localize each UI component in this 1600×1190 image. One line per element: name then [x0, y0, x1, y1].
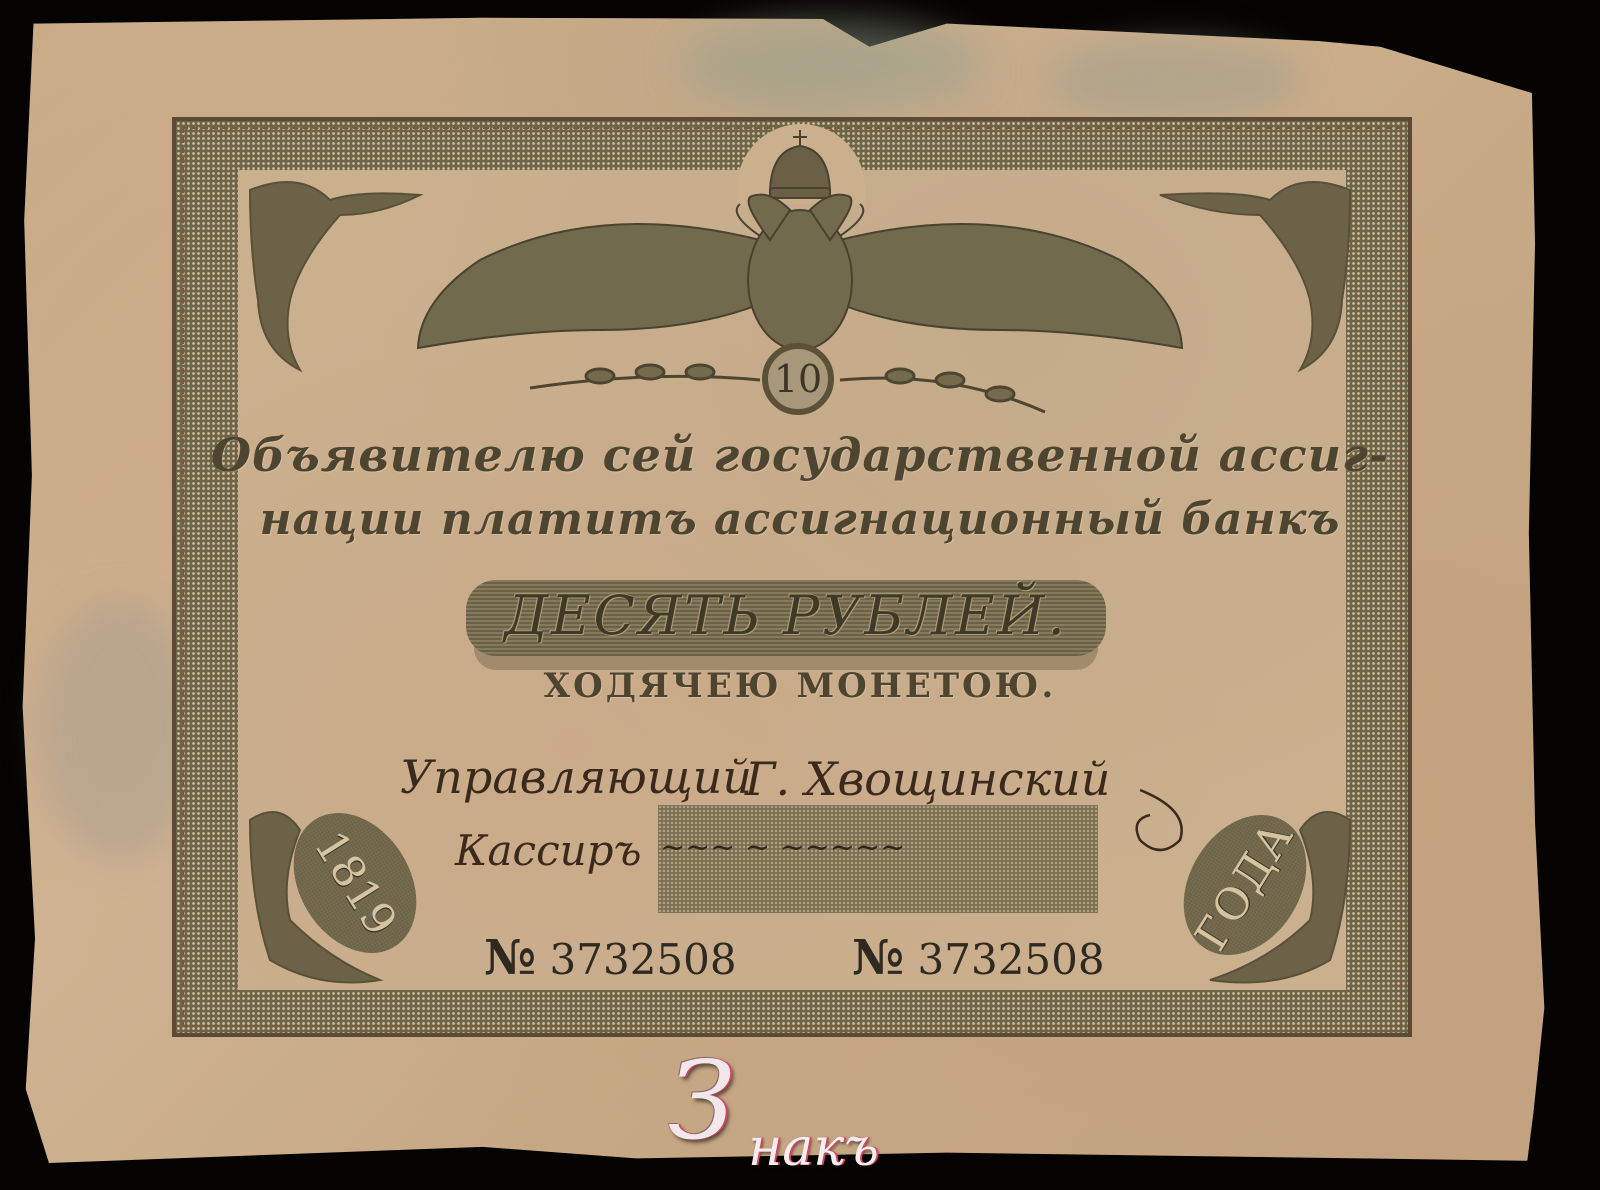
denomination-medallion: 10	[762, 343, 834, 415]
denomination-numeral: 10	[774, 357, 822, 401]
signature-flourish	[1137, 790, 1182, 850]
serial-digits: 3732508	[918, 935, 1105, 984]
cashier-label: Кассиръ	[455, 826, 642, 875]
serial-number-right: № 3732508	[852, 930, 1105, 986]
serial-number-left: № 3732508	[484, 930, 737, 986]
denomination-words: ДЕСЯТЬ РУБЛЕЙ.	[466, 584, 1106, 647]
promise-line-2: нации платитъ ассигнационный банкъ	[0, 494, 1600, 545]
crown-icon	[770, 130, 830, 198]
serial-digits: 3732508	[550, 935, 737, 984]
watermark-logo: З	[668, 1048, 735, 1156]
promise-line-1: Объявителю сей государственной ассиг-	[0, 428, 1600, 482]
numero-sign: №	[484, 930, 536, 986]
manager-signature: Г. Хвощинский	[745, 752, 1110, 806]
watermark-logo-sub: накъ	[748, 1118, 879, 1178]
manager-label: Управляющий	[400, 750, 752, 804]
double-headed-eagle-icon	[418, 195, 1182, 350]
year-text: 1819	[304, 822, 407, 944]
numero-sign: №	[852, 930, 904, 986]
cashier-signature: ~~~ ~ ~~~~~	[660, 830, 905, 865]
currency-line: ХОДЯЧЕЮ МОНЕТОЮ.	[0, 666, 1600, 706]
